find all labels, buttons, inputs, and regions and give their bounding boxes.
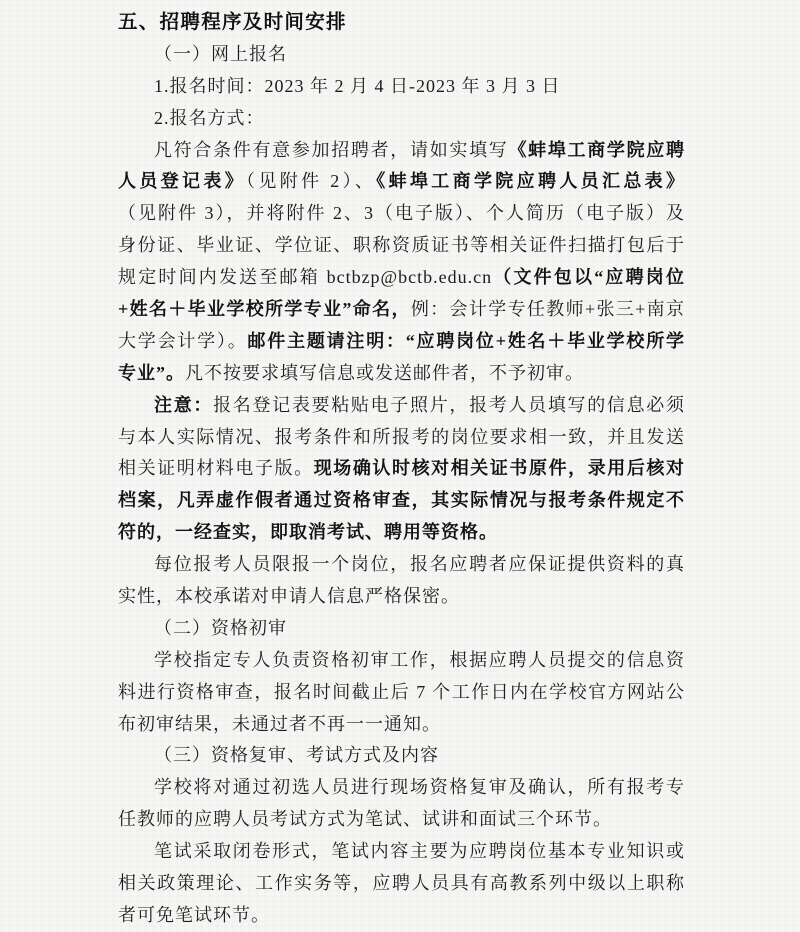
emphasized-text-segment: 专业”。: [118, 363, 185, 383]
text-segment: 相关政策理论、工作实务等，应聘人员具有高教系列中级以上职称: [118, 873, 685, 893]
emphasized-text-segment: +姓名＋毕业学校所学专业”命名，: [118, 299, 411, 319]
document-page: 五、招聘程序及时间安排 （一）网上报名1.报名时间：2023 年 2 月 4 日…: [0, 0, 800, 932]
emphasized-text-segment: 现场确认时核对相关证书原件，录用后核对: [314, 458, 685, 478]
text-segment: 相关证明材料电子版。: [118, 458, 314, 478]
text-segment: （二）资格初审: [154, 618, 287, 638]
section-heading: 五、招聘程序及时间安排: [118, 7, 685, 39]
document-line: 凡符合条件有意参加招聘者，请如实填写《蚌埠工商学院应聘: [118, 135, 685, 167]
text-segment: 者可免笔试环节。: [118, 905, 270, 925]
emphasized-text-segment: 《蚌埠工商学院应聘: [508, 140, 685, 160]
document-line: 2.报名方式：: [118, 103, 685, 135]
document-line: 任教师的应聘人员考试方式为笔试、试讲和面试三个环节。: [118, 804, 685, 836]
emphasized-text-segment: 注意：: [154, 395, 213, 415]
text-segment: 报名登记表要粘贴电子照片，报考人员填写的信息必须: [213, 395, 685, 415]
document-line: 规定时间内发送至邮箱 bctbzp@bctb.edu.cn（文件包以“应聘岗位: [118, 262, 685, 294]
emphasized-text-segment: 人员登记表》: [118, 171, 246, 191]
document-line: （见附件 3），并将附件 2、3（电子版）、个人简历（电子版）及: [118, 198, 685, 230]
document-line: 专业”。凡不按要求填写信息或发送邮件者，不予初审。: [118, 358, 685, 390]
text-segment: 任教师的应聘人员考试方式为笔试、试讲和面试三个环节。: [118, 809, 612, 829]
emphasized-text-segment: 档案，凡弄虚作假者通过资格审查，其实际情况与报考条件规定不: [118, 490, 685, 510]
text-segment: （三）资格复审、考试方式及内容: [154, 745, 439, 765]
document-line: 者可免笔试环节。: [118, 900, 685, 932]
document-line: （二）资格初审: [118, 613, 685, 645]
document-line: 学校将对通过初选人员进行现场资格复审及确认，所有报考专: [118, 772, 685, 804]
emphasized-text-segment: 《蚌埠工商学院应聘人员汇总表》: [376, 171, 685, 191]
text-segment: 每位报考人员限报一个岗位，报名应聘者应保证提供资料的真: [154, 554, 685, 574]
text-segment: 学校指定专人负责资格初审工作，根据应聘人员提交的信息资: [154, 650, 685, 670]
document-line: +姓名＋毕业学校所学专业”命名，例：会计学专任教师+张三+南京: [118, 294, 685, 326]
document-line: 料进行资格审查，报名时间截止后 7 个工作日内在学校官方网站公: [118, 677, 685, 709]
emphasized-text-segment: 邮件主题请注明：“应聘岗位+姓名＋毕业学校所学: [248, 331, 686, 351]
text-segment: （见附件 3），并将附件 2、3（电子版）、个人简历（电子版）及: [118, 203, 685, 223]
document-line: 学校指定专人负责资格初审工作，根据应聘人员提交的信息资: [118, 645, 685, 677]
document-line: 档案，凡弄虚作假者通过资格审查，其实际情况与报考条件规定不: [118, 485, 685, 517]
document-line: 实性，本校承诺对申请人信息严格保密。: [118, 581, 685, 613]
text-segment: 学校将对通过初选人员进行现场资格复审及确认，所有报考专: [154, 777, 685, 797]
document-line: 身份证、毕业证、学位证、职称资质证书等相关证件扫描打包后于: [118, 230, 685, 262]
text-segment: 与本人实际情况、报考条件和所报考的岗位要求相一致，并且发送: [118, 427, 685, 447]
document-body: （一）网上报名1.报名时间：2023 年 2 月 4 日-2023 年 3 月 …: [118, 39, 685, 932]
document-line: 布初审结果，未通过者不再一一通知。: [118, 709, 685, 741]
document-line: （三）资格复审、考试方式及内容: [118, 740, 685, 772]
text-segment: （见附件 2）、: [246, 171, 376, 191]
document-line: 符的，一经查实，即取消考试、聘用等资格。: [118, 517, 685, 549]
document-line: 相关政策理论、工作实务等，应聘人员具有高教系列中级以上职称: [118, 868, 685, 900]
document-line: （一）网上报名: [118, 39, 685, 71]
text-segment: 规定时间内发送至邮箱 bctbzp@bctb.edu.cn: [118, 267, 492, 287]
text-segment: 凡不按要求填写信息或发送邮件者，不予初审。: [185, 363, 584, 383]
document-line: 人员登记表》（见附件 2）、《蚌埠工商学院应聘人员汇总表》: [118, 166, 685, 198]
document-line: 笔试采取闭卷形式，笔试内容主要为应聘岗位基本专业知识或: [118, 836, 685, 868]
document-line: 1.报名时间：2023 年 2 月 4 日-2023 年 3 月 3 日: [118, 71, 685, 103]
text-segment: 实性，本校承诺对申请人信息严格保密。: [118, 586, 460, 606]
text-segment: 大学会计学）。: [118, 331, 248, 351]
document-line: 大学会计学）。邮件主题请注明：“应聘岗位+姓名＋毕业学校所学: [118, 326, 685, 358]
document-line: 相关证明材料电子版。现场确认时核对相关证书原件，录用后核对: [118, 453, 685, 485]
text-segment: （一）网上报名: [154, 44, 287, 64]
emphasized-text-segment: （文件包以“应聘岗位: [492, 267, 685, 287]
text-segment: 布初审结果，未通过者不再一一通知。: [118, 714, 441, 734]
document-line: 每位报考人员限报一个岗位，报名应聘者应保证提供资料的真: [118, 549, 685, 581]
text-segment: 1.报名时间：2023 年 2 月 4 日-2023 年 3 月 3 日: [154, 76, 561, 96]
text-segment: 料进行资格审查，报名时间截止后 7 个工作日内在学校官方网站公: [118, 682, 685, 702]
text-segment: 身份证、毕业证、学位证、职称资质证书等相关证件扫描打包后于: [118, 235, 685, 255]
emphasized-text-segment: 符的，一经查实，即取消考试、聘用等资格。: [118, 522, 498, 542]
text-segment: 凡符合条件有意参加招聘者，请如实填写: [154, 140, 508, 160]
text-segment: 2.报名方式：: [154, 108, 265, 128]
document-line: 注意：报名登记表要粘贴电子照片，报考人员填写的信息必须: [118, 390, 685, 422]
document-line: 与本人实际情况、报考条件和所报考的岗位要求相一致，并且发送: [118, 422, 685, 454]
text-segment: 例：会计学专任教师+张三+南京: [411, 299, 685, 319]
text-segment: 笔试采取闭卷形式，笔试内容主要为应聘岗位基本专业知识或: [154, 841, 685, 861]
